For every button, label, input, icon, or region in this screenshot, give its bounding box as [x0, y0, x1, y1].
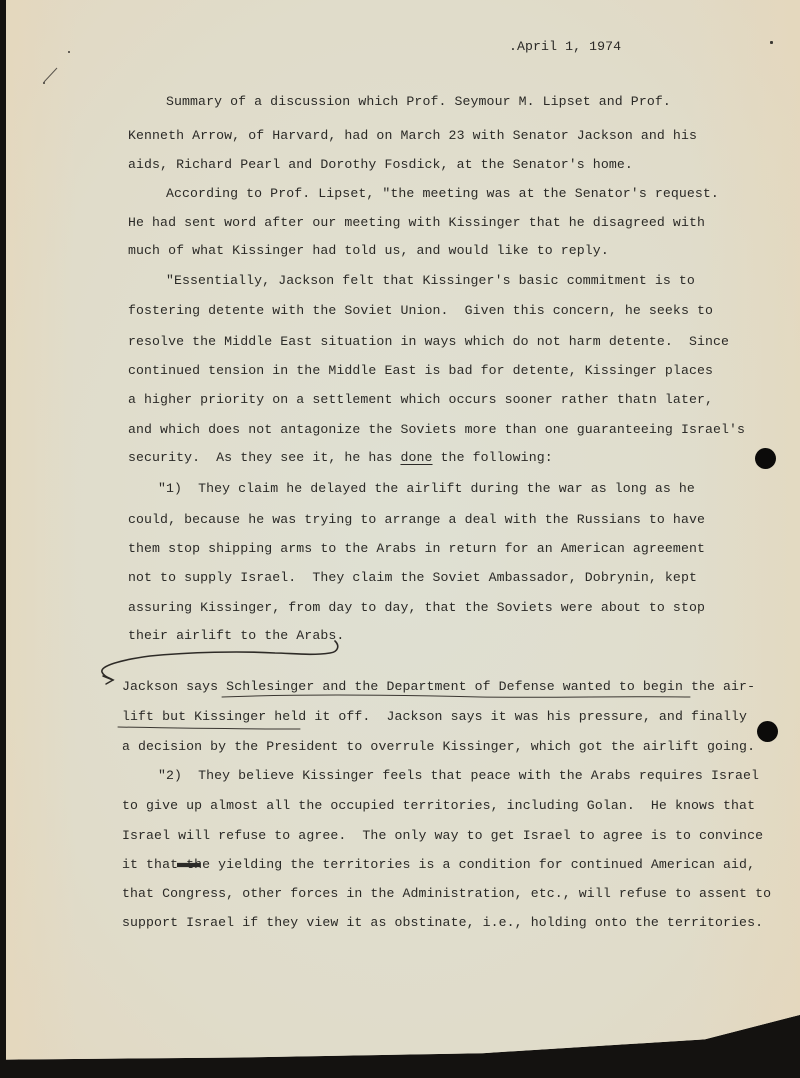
paragraph-according-line: According to Prof. Lipset, "the meeting …: [166, 186, 719, 202]
paragraph-essentially-line: resolve the Middle East situation in way…: [128, 334, 729, 350]
paragraph-intro-line: aids, Richard Pearl and Dorothy Fosdick,…: [128, 157, 633, 173]
point-2-line: that Congress, other forces in the Admin…: [122, 886, 771, 902]
text-segment: the following:: [433, 450, 553, 465]
point-1-line: their airlift to the Arabs.: [128, 628, 344, 644]
typewritten-memo: .April 1, 1974 Summary of a discussion w…: [0, 0, 800, 1078]
paragraph-essentially-line: "Essentially, Jackson felt that Kissinge…: [166, 273, 695, 289]
jackson-says-line: Jackson says Schlesinger and the Departm…: [122, 679, 755, 695]
punch-hole-icon: [755, 448, 776, 469]
point-2-line: support Israel if they view it as obstin…: [122, 915, 763, 931]
paragraph-intro-line: Summary of a discussion which Prof. Seym…: [166, 94, 671, 110]
paragraph-essentially-line-last: security. As they see it, he has done th…: [128, 450, 553, 466]
paragraph-essentially-line: fostering detente with the Soviet Union.…: [128, 303, 713, 319]
paragraph-according-line: much of what Kissinger had told us, and …: [128, 243, 609, 259]
punch-hole-icon: [757, 721, 778, 742]
paragraph-essentially-line: continued tension in the Middle East is …: [128, 363, 713, 379]
paragraph-essentially-line: and which does not antagonize the Soviet…: [128, 422, 745, 438]
point-1-line: could, because he was trying to arrange …: [128, 512, 705, 528]
point-2-line: it that the yielding the territories is …: [122, 857, 755, 873]
point-2-line: "2) They believe Kissinger feels that pe…: [158, 768, 759, 784]
jackson-says-line: a decision by the President to overrule …: [122, 739, 755, 755]
text-segment: security. As they see it, he has: [128, 450, 400, 465]
jackson-says-line: lift but Kissinger held it off. Jackson …: [122, 709, 747, 725]
point-2-line: to give up almost all the occupied terri…: [122, 798, 755, 814]
paragraph-intro-line: Kenneth Arrow, of Harvard, had on March …: [128, 128, 697, 144]
underlined-word: done: [400, 450, 432, 465]
speck-mark: [68, 51, 70, 53]
paragraph-essentially-line: a higher priority on a settlement which …: [128, 392, 713, 408]
speck-mark: [770, 41, 773, 44]
point-1-line: "1) They claim he delayed the airlift du…: [158, 481, 695, 497]
point-1-line: not to supply Israel. They claim the Sov…: [128, 570, 697, 586]
point-2-line: Israel will refuse to agree. The only wa…: [122, 828, 763, 844]
paragraph-according-line: He had sent word after our meeting with …: [128, 215, 705, 231]
memo-date: .April 1, 1974: [509, 39, 621, 55]
point-1-line: them stop shipping arms to the Arabs in …: [128, 541, 705, 557]
point-1-line: assuring Kissinger, from day to day, tha…: [128, 600, 705, 616]
speck-mark: [43, 82, 45, 84]
